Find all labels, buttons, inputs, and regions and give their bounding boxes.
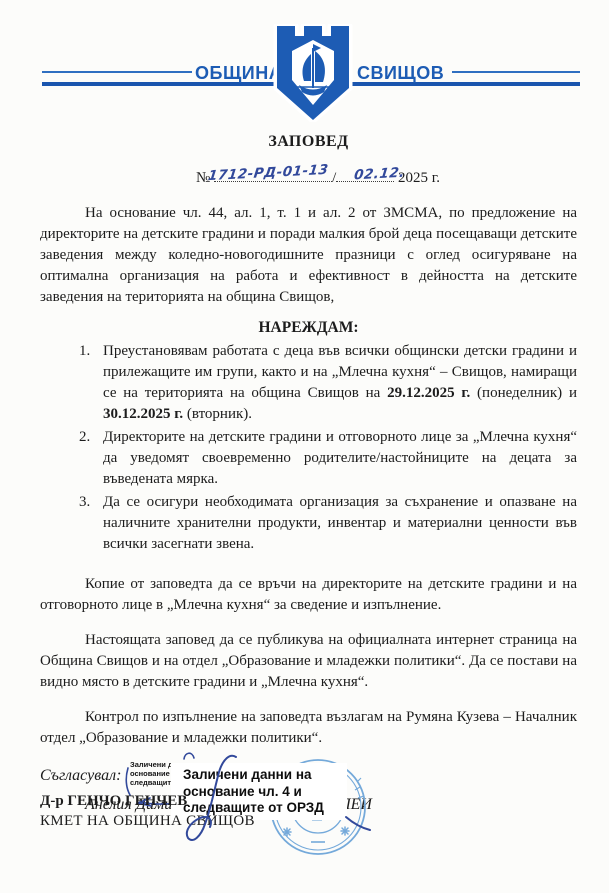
approval-label: Съгласувал: — [40, 765, 121, 786]
org-name-right: СВИЩОВ — [357, 63, 444, 84]
mayor-title: КМЕТ НА ОБЩИНА СВИЩОВ — [40, 813, 255, 830]
redaction-line: основание чл. 4 и — [183, 784, 347, 801]
header-rule-thin-left — [42, 71, 192, 73]
copy-paragraph: Копие от заповедта да се връчи на директ… — [40, 574, 577, 616]
mayor-name: Д-р ГЕНЧО ГЕНЧЕВ — [40, 793, 187, 810]
header-rule-thin-right — [452, 71, 580, 73]
handwritten-order-number: 1712-РД-01-13 — [207, 160, 330, 187]
svishtov-crest-ship-icon — [271, 24, 355, 122]
order-item-text: (понеделник) и — [470, 385, 577, 401]
document-page: ОБЩИНА СВИЩОВ ЗАПОВЕД № / 2025 г. 1712-Р… — [0, 0, 609, 893]
document-title: ЗАПОВЕД — [40, 131, 577, 152]
document-body: ЗАПОВЕД № / 2025 г. 1712-РД-01-13 02.12.… — [40, 131, 577, 815]
publish-paragraph: Настоящата заповед да се публикува на оф… — [40, 630, 577, 693]
preamble-paragraph: На основание чл. 44, ал. 1, т. 1 и ал. 2… — [40, 203, 577, 308]
order-item-number: 3. — [79, 492, 90, 513]
handwritten-order-date: 02.12. — [353, 163, 406, 187]
order-item-number: 2. — [79, 427, 90, 448]
order-list: 1. Преустановявам работата с деца във вс… — [40, 341, 577, 555]
control-paragraph: Контрол по изпълнение на заповедта възла… — [40, 707, 577, 749]
org-name-left: ОБЩИНА — [195, 63, 282, 84]
redaction-line: Заличени данни на — [183, 767, 347, 784]
order-item-date-1: 29.12.2025 г. — [387, 385, 470, 401]
order-item-text: Да се осигури необходимата организация з… — [103, 494, 577, 552]
order-item-date-2: 30.12.2025 г. — [103, 406, 183, 422]
redaction-note-large: Заличени данни на основание чл. 4 и след… — [171, 763, 347, 820]
order-item-3: 3. Да се осигури необходимата организаци… — [103, 492, 577, 555]
order-heading: НАРЕЖДАМ: — [40, 317, 577, 338]
order-item-text: (вторник). — [183, 406, 252, 422]
order-item-1: 1. Преустановявам работата с деца във вс… — [103, 341, 577, 425]
order-item-2: 2. Директорите на детските градини и отг… — [103, 427, 577, 490]
order-item-text: Директорите на детските градини и отгово… — [103, 429, 577, 487]
order-number-line: № / 2025 г. 1712-РД-01-13 02.12. — [196, 167, 577, 189]
order-item-number: 1. — [79, 341, 90, 362]
